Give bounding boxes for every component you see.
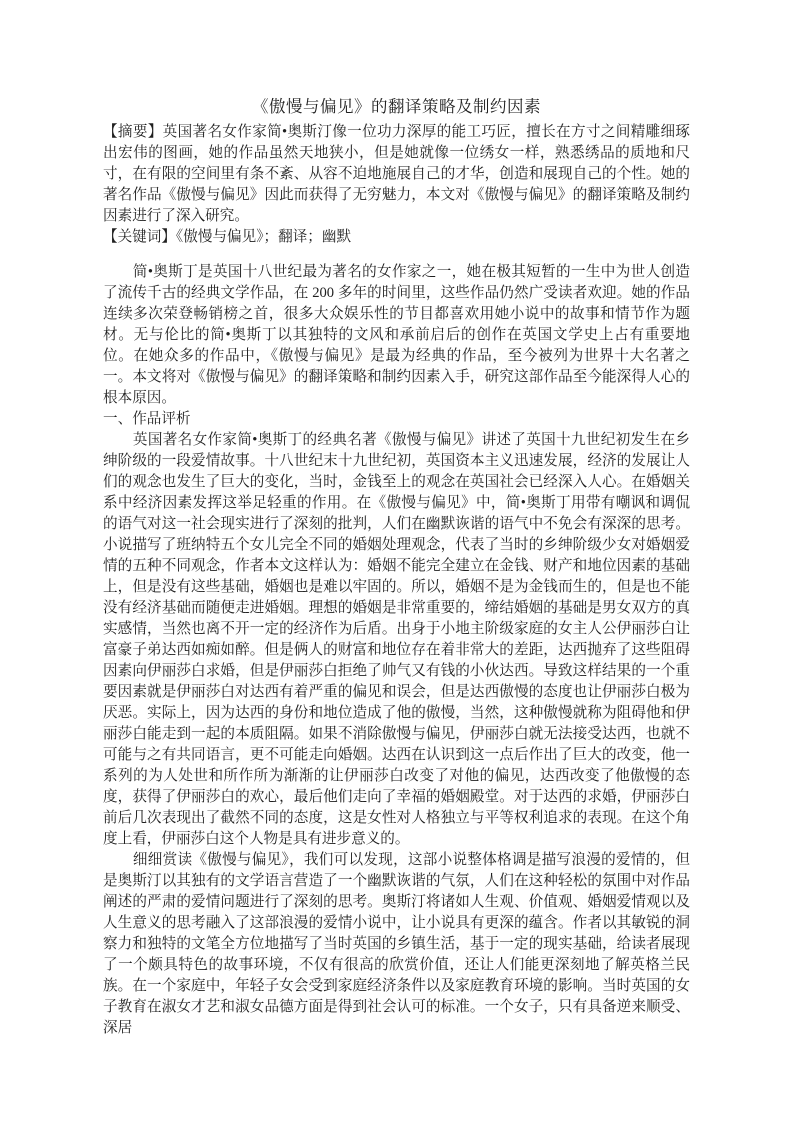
analysis-paragraph: 英国著名女作家简•奥斯丁的经典名著《傲慢与偏见》讲述了英国十九世纪初发生在乡绅阶… (103, 430, 690, 850)
abstract-paragraph: 【摘要】英国著名女作家简•奥斯汀像一位功力深厚的能工巧匠，擅长在方寸之间精雕细琢… (103, 122, 690, 227)
keywords-line: 【关键词】《傲慢与偏见》；翻译；幽默 (103, 227, 690, 248)
document-content: 《傲慢与偏见》的翻译策略及制约因素 【摘要】英国著名女作家简•奥斯汀像一位功力深… (103, 95, 690, 1039)
section-heading: 一、作品评析 (103, 409, 690, 430)
document-page: 《傲慢与偏见》的翻译策略及制约因素 【摘要】英国著名女作家简•奥斯汀像一位功力深… (0, 0, 793, 1122)
intro-paragraph: 简•奥斯丁是英国十八世纪最为著名的女作家之一，她在极其短暂的一生中为世人创造了流… (103, 262, 690, 409)
page-title: 《傲慢与偏见》的翻译策略及制约因素 (103, 95, 690, 119)
appreciation-paragraph: 细细赏读《傲慢与偏见》，我们可以发现，这部小说整体格调是描写浪漫的爱情的，但是奥… (103, 850, 690, 1039)
